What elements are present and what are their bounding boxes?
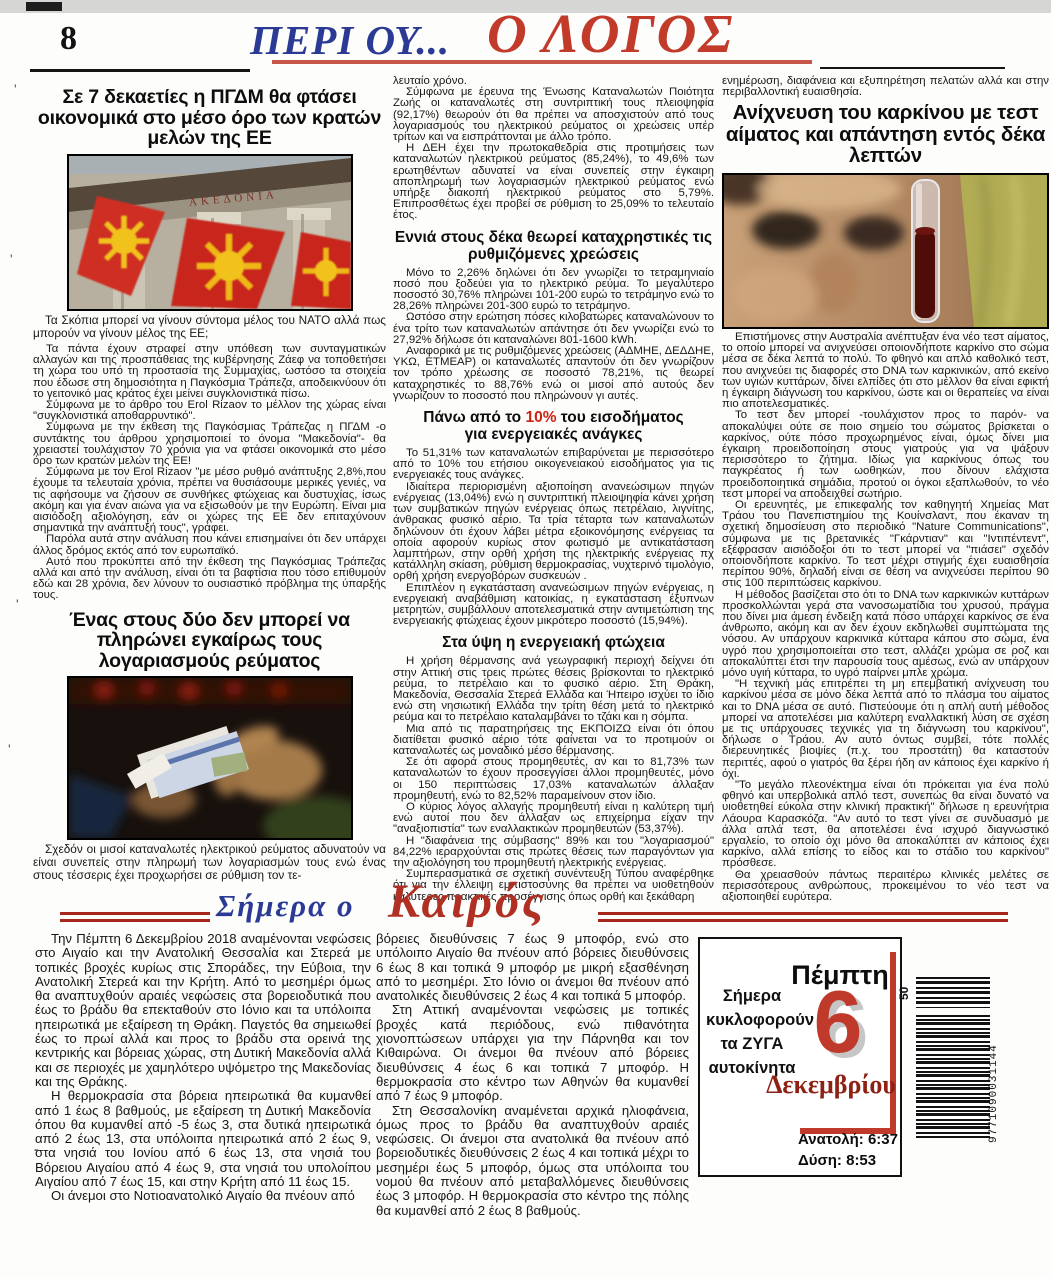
column-right: ενημέρωση, διαφάνεια και εξυπηρέτηση πελ… — [722, 76, 1049, 903]
header-rule-left — [30, 69, 250, 72]
circulation-line: κυκλοφορούν — [706, 1008, 798, 1032]
paragraph: Σύμφωνα με έρευνα της Ένωσης Καταναλωτών… — [393, 87, 714, 143]
print-speck — [26, 2, 62, 11]
paragraph: Ωστόσο στην ερώτηση πόσες κιλοβατώρες κα… — [393, 312, 714, 346]
page-number: 8 — [60, 20, 77, 58]
paragraph: Σύμφωνα με τον Erol Rizaov "με μέσο ρυθμ… — [33, 467, 386, 534]
calendar-date-number: 6 — [788, 978, 888, 1066]
weather-rule-right — [598, 912, 1008, 922]
paragraph: Το τεστ δεν μπορεί -τουλάχιστον προς το … — [722, 410, 1049, 500]
paragraph: "Το μεγάλο πλεονέκτημα είναι ότι πρόκειτ… — [722, 780, 1049, 870]
barcode-addon — [916, 977, 990, 1008]
circulation-line: Σήμερα — [706, 984, 798, 1008]
power-headline: Ένας στους δύο δεν μπορεί να πληρώνει εγ… — [33, 610, 386, 672]
paragraph: Στη Θεσσαλονίκη αναμένεται αρχικά ηλιοφά… — [376, 1104, 689, 1218]
fyrom-flags-photo: ΑΚΕΔΟΝΙΑ — [67, 154, 353, 311]
paragraph: Η χρήση θέρμανσης ανά γεωγραφική περιοχή… — [393, 656, 714, 723]
cancer-headline: Ανίχνευση του καρκίνου με τεστ αίματος κ… — [722, 102, 1049, 167]
paragraph: Μια από τις παρατηρήσεις της ΕΚΠΟΙΖΩ είν… — [393, 724, 714, 758]
barcode-number: 9771090031144 — [988, 1013, 1000, 1143]
masthead-paper-name: Ο ΛΟΓΟΣ — [487, 2, 734, 65]
paragraph: Ο κύριος λόγος αλλαγής προμηθευτή είναι … — [393, 802, 714, 836]
paragraph: Ιδιαίτερα περιορισμένη αξιοποίηση ανανεώ… — [393, 482, 714, 583]
weather-column-middle: βόρειες διευθύνσεις 7 έως 9 μποφόρ, ενώ … — [376, 932, 689, 1218]
weather-header-title: Καιρός — [388, 874, 547, 929]
power-photo-caption: Σχεδόν οι μισοί καταναλωτές ηλεκτρικού ρ… — [33, 843, 386, 883]
blood-test-photo — [722, 173, 1049, 329]
paragraph: Θα χρειασθούν πάντως περαιτέρω κλινικές … — [722, 870, 1049, 904]
paragraph: Σύμφωνα με την έκθεση της Παγκόσμιας Τρά… — [33, 422, 386, 467]
fyrom-photo-caption: Τα Σκόπια μπορεί να γίνουν σύντομα μέλος… — [33, 314, 386, 340]
print-speck: - — [34, 1142, 39, 1156]
highlight-10-percent: 10% — [525, 409, 556, 426]
circulation-line: τα ΖΥΓΑ — [706, 1032, 798, 1056]
print-speck: ' — [10, 252, 13, 266]
paragraph: Αυτό που προκύπτει από την έκθεση της Πα… — [33, 557, 386, 602]
column-left: Σε 7 δεκαετίες η ΠΓΔΜ θα φτάσει οικονομι… — [33, 87, 386, 887]
paragraph: Η θερμοκρασία στα βόρεια ηπειρωτικά θα κ… — [35, 1089, 371, 1189]
weather-column-left: Την Πέμπτη 6 Δεκεμβρίου 2018 αναμένονται… — [35, 932, 371, 1204]
column-middle: λευταίο χρόνο. Σύμφωνα με έρευνα της Ένω… — [393, 76, 714, 903]
paragraph: Οι άνεμοι στο Νοτιοανατολικό Αιγαίο θα π… — [35, 1189, 371, 1203]
power-subhead-2: Πάνω από το 10% του εισοδήματοςγια ενεργ… — [393, 409, 714, 443]
subhead-text: του εισοδήματος — [557, 409, 684, 426]
paragraph: Στη Αττική αναμένονται νεφώσεις με τοπικ… — [376, 1003, 689, 1103]
continuation-text: ενημέρωση, διαφάνεια και εξυπηρέτηση πελ… — [722, 76, 1049, 98]
weather-header-prefix: Σήμερα ο — [216, 888, 355, 924]
sunrise-time: Ανατολή: 6:37 — [798, 1131, 928, 1148]
print-speck: ' — [8, 742, 11, 756]
weather-rule-left — [60, 912, 210, 922]
continuation-text: βόρειες διευθύνσεις 7 έως 9 μποφόρ, ενώ … — [376, 932, 689, 1003]
paragraph: "Η τεχνική μάς επιτρέπει τη μη επεμβατικ… — [722, 679, 1049, 780]
paragraph: Το 51,31% των καταναλωτών επιβαρύνεται μ… — [393, 448, 714, 482]
issue-number: 50 — [897, 972, 911, 1000]
paragraph: Σε ότι αφορά στους προμηθευτές, αν και τ… — [393, 757, 714, 802]
calendar-month-name: Δεκεμβρίου — [760, 1070, 902, 1100]
odd-even-circulation-notice: Σήμερα κυκλοφορούν τα ΖΥΓΑ αυτοκίνητα — [706, 984, 798, 1080]
paragraph: Η μέθοδος βασίζεται στο ότι το DNA των κ… — [722, 590, 1049, 680]
masthead-underline — [272, 60, 812, 64]
power-subhead-3: Στα ύψη η ενεργειακή φτώχεια — [393, 634, 714, 651]
paragraph: Η ΔΕΗ έχει την πρωτοκαθεδρία στις προτιμ… — [393, 143, 714, 221]
electricity-bills-photo — [67, 676, 353, 840]
power-subhead-1: Εννιά στους δέκα θεωρεί καταχρηστικές τι… — [393, 229, 714, 263]
newspaper-page: 8 ΠΕΡΙ ΟΥ... Ο ΛΟΓΟΣ Σε 7 δεκαετίες η ΠΓ… — [0, 0, 1051, 1278]
masthead-section-title: ΠΕΡΙ ΟΥ... — [250, 16, 450, 64]
paragraph: Την Πέμπτη 6 Δεκεμβρίου 2018 αναμένονται… — [35, 932, 371, 1089]
subhead-text: Πάνω από το — [423, 409, 525, 426]
paragraph: Σύμφωνα με το άρθρο του Erol Rizaov το μ… — [33, 400, 386, 422]
sunset-time: Δύση: 8:53 — [798, 1152, 928, 1169]
paragraph: Αναφορικά με τις ρυθμιζόμενες χρεώσεις (… — [393, 346, 714, 402]
fyrom-headline: Σε 7 δεκαετίες η ΠΓΔΜ θα φτάσει οικονομι… — [33, 87, 386, 149]
header-rule-right — [820, 67, 1005, 69]
print-speck: ' — [16, 597, 19, 611]
paragraph: Μόνο το 2,26% δηλώνει ότι δεν γνωρίζει τ… — [393, 268, 714, 313]
print-speck: ' — [14, 82, 17, 96]
paragraph: Οι ερευνητές, με επικεφαλής τον καθηγητή… — [722, 500, 1049, 590]
paragraph: Επιστήμονες στην Αυστραλία ανέπτυξαν ένα… — [722, 332, 1049, 410]
paragraph: Παρόλα αυτά στην ανάλυση που κάνει επιση… — [33, 534, 386, 556]
paragraph: Η "διαφάνεια της σύμβασης" 89% και του "… — [393, 836, 714, 870]
subhead-text: για ενεργειακές ανάγκες — [465, 426, 643, 443]
paragraph: Επιπλέον η εγκατάσταση ανανεώσιμων πηγών… — [393, 583, 714, 628]
paragraph: Τα πάντα έχουν στραφεί στην υπόθεση των … — [33, 344, 386, 400]
barcode — [916, 1015, 990, 1139]
